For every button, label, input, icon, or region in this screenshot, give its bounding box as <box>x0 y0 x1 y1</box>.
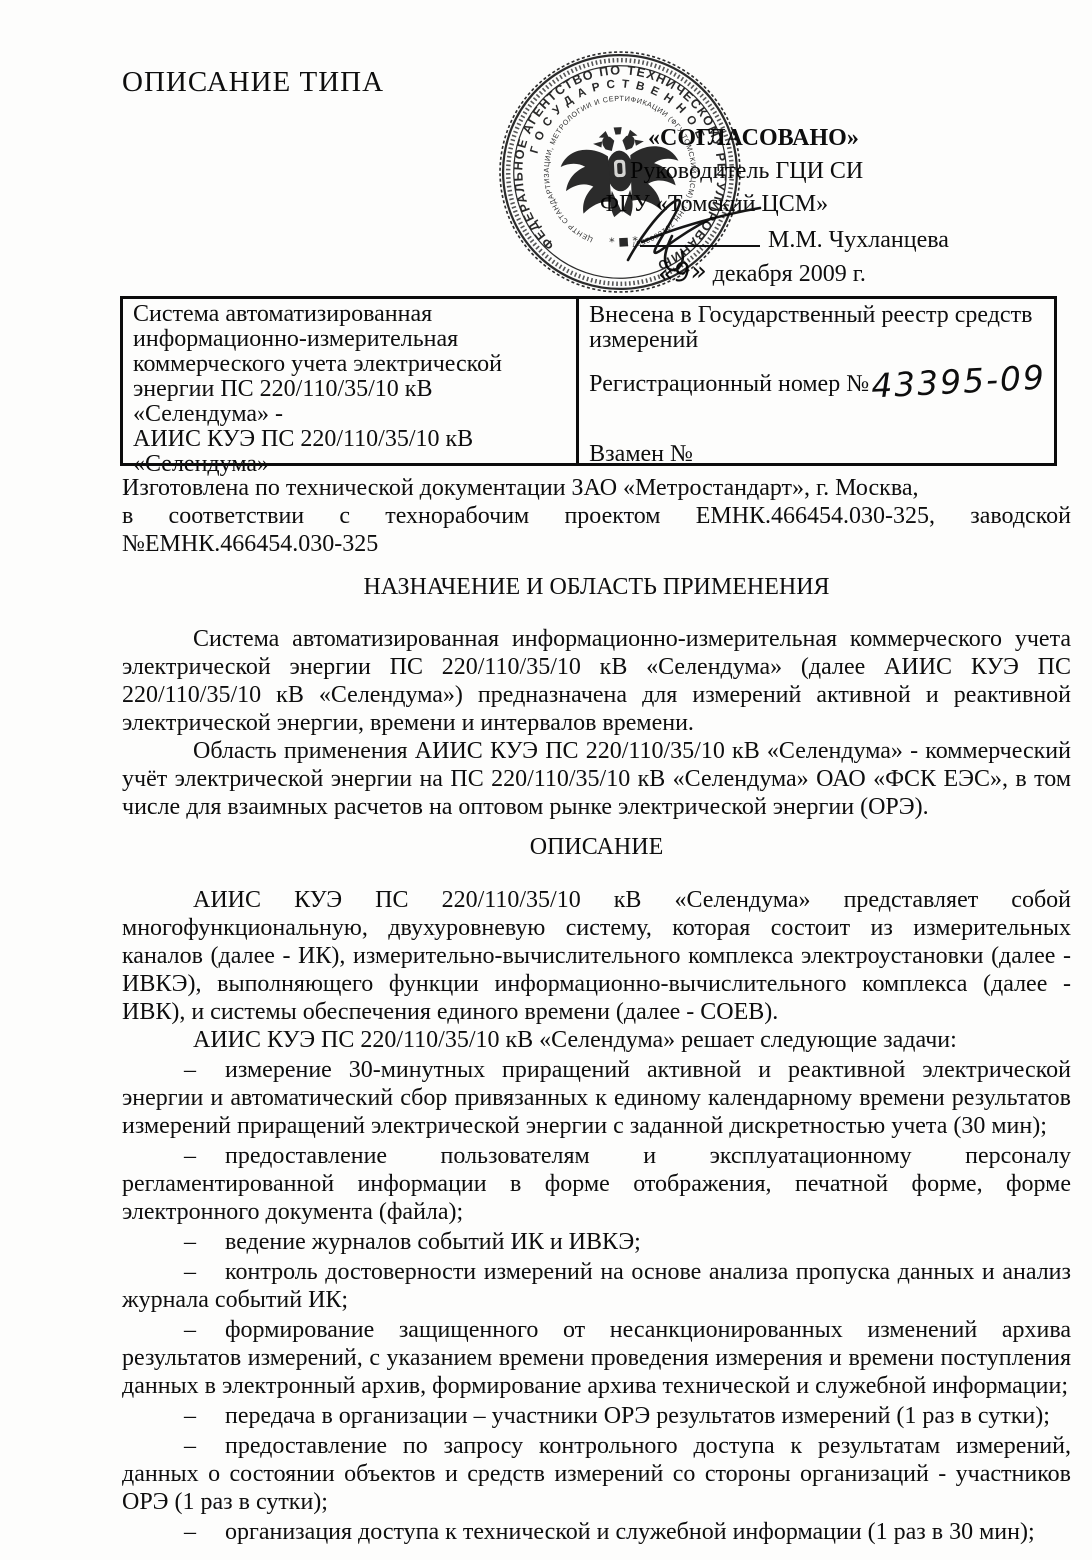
task-item-text: передача в организации – участники ОРЭ р… <box>225 1403 1050 1429</box>
description-paragraph-2: АИИС КУЭ ПС 220/110/35/10 кВ «Селендума»… <box>122 1026 1071 1054</box>
signer-name: М.М. Чухланцева <box>768 227 949 253</box>
purpose-paragraph-1: Система автоматизированная информационно… <box>122 625 1071 737</box>
task-item-text: предоставление пользователям и эксплуата… <box>122 1143 1071 1225</box>
task-item: –организация доступа к технической и слу… <box>122 1518 1071 1546</box>
dash-marker: – <box>184 1056 225 1084</box>
document-title: ОПИСАНИЕ ТИПА <box>122 66 384 99</box>
registry-entry-cell: Внесена в Государственный реестр средств… <box>579 299 1054 463</box>
task-item-text: формирование защищенного от несанкционир… <box>122 1317 1071 1399</box>
purpose-paragraph-2: Область применения АИИС КУЭ ПС 220/110/3… <box>122 737 1071 821</box>
manufactured-line3: №ЕМНК.466454.030-325 <box>122 530 1071 558</box>
dash-marker: – <box>184 1518 225 1546</box>
task-item: –формирование защищенного от несанкциони… <box>122 1316 1071 1400</box>
registration-number-row: Регистрационный номер №43395-09 <box>589 367 1046 397</box>
dash-marker: – <box>184 1258 225 1286</box>
document-body: Изготовлена по технической документации … <box>122 474 1071 1546</box>
task-item: –измерение 30-минутных приращений активн… <box>122 1056 1071 1140</box>
dash-marker: – <box>184 1142 225 1170</box>
dash-marker: – <box>184 1316 225 1344</box>
scanned-document-page: ОПИСАНИЕ ТИПА «СОГЛАСОВАНО» Руководитель… <box>0 0 1092 1560</box>
dash-marker: – <box>184 1228 225 1256</box>
registry-entry-text: Внесена в Государственный реестр средств… <box>589 303 1046 353</box>
section-heading-description: ОПИСАНИЕ <box>122 833 1071 861</box>
dash-marker: – <box>184 1432 225 1460</box>
manufactured-line2: в соответствии с технорабочим проектом Е… <box>122 502 1071 530</box>
description-paragraph-1: АИИС КУЭ ПС 220/110/35/10 кВ «Селендума»… <box>122 886 1071 1026</box>
task-item: –ведение журналов событий ИК и ИВКЭ; <box>122 1228 1071 1256</box>
handwritten-registration-number: 43395-09 <box>871 364 1047 398</box>
task-item-text: контроль достоверности измерений на осно… <box>122 1259 1071 1313</box>
registry-table: Система автоматизированная информационно… <box>120 296 1057 466</box>
double-headed-eagle-emblem <box>559 124 681 220</box>
official-round-seal: ФЕДЕРАЛЬНОЕ АГЕНТСТВО ПО ТЕХНИЧЕСКОМУ РЕ… <box>492 44 748 300</box>
task-item-text: предоставление по запросу контрольного д… <box>122 1433 1071 1515</box>
seal-bottom-marks: * ■ * <box>609 234 639 249</box>
task-item-text: измерение 30-минутных приращений активно… <box>122 1057 1071 1139</box>
task-item: –предоставление по запросу контрольного … <box>122 1432 1071 1516</box>
task-item-text: организация доступа к технической и служ… <box>225 1519 1035 1545</box>
registration-number-label: Регистрационный номер № <box>589 371 869 397</box>
dash-marker: – <box>184 1402 225 1430</box>
system-name-line1: Система автоматизированная информационно… <box>133 302 568 427</box>
task-item: –передача в организации – участники ОРЭ … <box>122 1402 1071 1430</box>
system-name-line2: АИИС КУЭ ПС 220/110/35/10 кВ «Селендума» <box>133 427 568 477</box>
task-item: –предоставление пользователям и эксплуат… <box>122 1142 1071 1226</box>
section-heading-purpose: НАЗНАЧЕНИЕ И ОБЛАСТЬ ПРИМЕНЕНИЯ <box>122 573 1071 601</box>
replaces-number-label: Взамен № <box>589 442 1046 467</box>
task-item: –контроль достоверности измерений на осн… <box>122 1258 1071 1314</box>
task-item-text: ведение журналов событий ИК и ИВКЭ; <box>225 1229 641 1255</box>
system-name-cell: Система автоматизированная информационно… <box>123 299 579 463</box>
manufactured-line1: Изготовлена по технической документации … <box>122 474 1071 502</box>
